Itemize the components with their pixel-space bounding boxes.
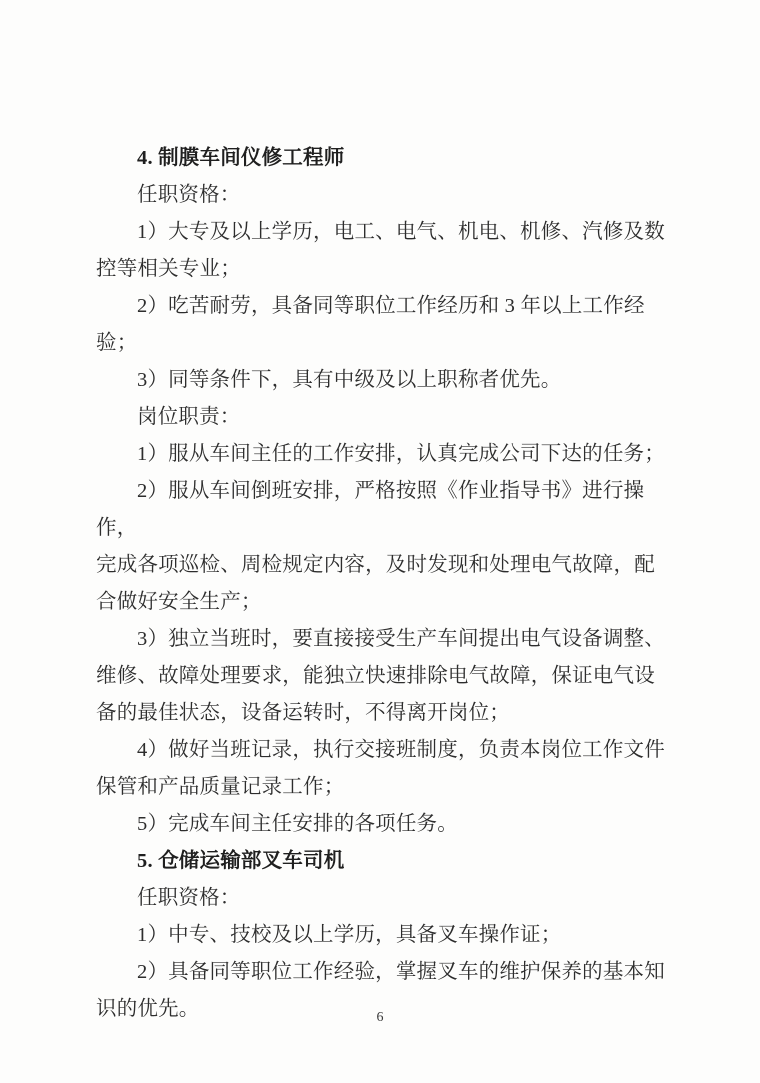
section-4-duty-2: 2）服从车间倒班安排，严格按照《作业指导书》进行操作， 完成各项巡检、周检规定内… (96, 473, 672, 621)
section-5-qualification-1: 1）中专、技校及以上学历，具备叉车操作证； (96, 917, 672, 954)
section-4-qualifications-label: 任职资格： (96, 177, 672, 214)
section-4-duty-1: 1）服从车间主任的工作安排，认真完成公司下达的任务； (96, 436, 672, 473)
section-4-duty-3: 3）独立当班时，要直接接受生产车间提出电气设备调整、 维修、故障处理要求，能独立… (96, 621, 672, 732)
section-4-duty-4: 4）做好当班记录，执行交接班制度，负责本岗位工作文件 保管和产品质量记录工作； (96, 732, 672, 806)
section-5-qualifications-label: 任职资格： (96, 880, 672, 917)
section-4-duties-label: 岗位职责： (96, 399, 672, 436)
document-page: 4. 制膜车间仪修工程师 任职资格： 1）大专及以上学历，电工、电气、机电、机修… (0, 0, 760, 1083)
section-4-qualification-1: 1）大专及以上学历，电工、电气、机电、机修、汽修及数 控等相关专业； (96, 214, 672, 288)
document-body: 4. 制膜车间仪修工程师 任职资格： 1）大专及以上学历，电工、电气、机电、机修… (96, 140, 672, 1028)
section-4-duty-5: 5）完成车间主任安排的各项任务。 (96, 806, 672, 843)
page-number: 6 (377, 1010, 384, 1025)
section-4-heading: 4. 制膜车间仪修工程师 (96, 140, 672, 177)
page-footer: 6 (0, 1008, 760, 1028)
section-5-heading: 5. 仓储运输部叉车司机 (96, 843, 672, 880)
section-4-qualification-3: 3）同等条件下，具有中级及以上职称者优先。 (96, 362, 672, 399)
section-4-qualification-2: 2）吃苦耐劳，具备同等职位工作经历和 3 年以上工作经验； (96, 288, 672, 362)
